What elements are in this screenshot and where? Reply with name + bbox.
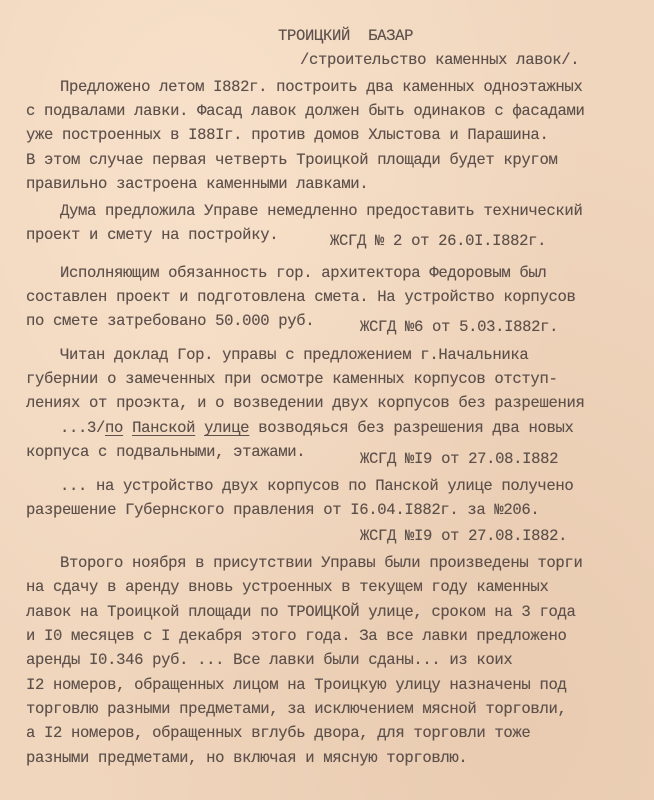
paragraph-7-line-9: разными предметами, но включая и мясную … bbox=[26, 748, 467, 768]
paragraph-1-line-5: правильно застроена каменными лавками. bbox=[26, 174, 368, 194]
paragraph-1-line-3: уже построенных в I88Iг. против домов Хл… bbox=[26, 125, 548, 145]
paragraph-6-line-2: разрешение Губернского правления от I6.0… bbox=[26, 500, 539, 520]
source-reference-4: ЖСГД №I9 от 27.08.I882. bbox=[360, 526, 567, 546]
document-subtitle: /строительство каменных лавок/. bbox=[300, 50, 579, 70]
paragraph-1-line-2: с подвалами лавки. Фасад лавок должен бы… bbox=[26, 101, 584, 121]
source-reference-3: ЖСГД №I9 от 27.08.I882 bbox=[360, 449, 558, 469]
underlined-ulitse: улице bbox=[204, 419, 249, 437]
paragraph-3-line-3: по смете затребовано 50.000 руб. bbox=[26, 311, 314, 331]
paragraph-4-line-1: Читан доклад Гор. управы с предложением … bbox=[60, 345, 528, 365]
document-title: ТРОИЦКИЙ БАЗАР bbox=[278, 26, 413, 46]
quote-rest: возводяься без разрешения два новых bbox=[249, 419, 573, 437]
paragraph-1-line-1: Предложено летом I882г. построить два ка… bbox=[60, 77, 582, 97]
paragraph-2-line-2: проект и смету на постройку. bbox=[26, 225, 278, 245]
paragraph-4-line-3: лениях от проэкта, и о возведении двух к… bbox=[26, 393, 584, 413]
paragraph-2-line-1: Дума предложила Управе немедленно предос… bbox=[60, 201, 582, 221]
paragraph-3-line-2: составлен проект и подготовлена смета. Н… bbox=[26, 287, 575, 307]
paragraph-7-line-4: и I0 месяцев с I декабря этого года. За … bbox=[26, 626, 566, 646]
paragraph-7-line-7: торговлю разными предметами, за исключен… bbox=[26, 699, 566, 719]
paragraph-7-line-5: аренды I0.346 руб. ... Все лавки были сд… bbox=[26, 650, 512, 670]
paragraph-5-line-2: корпуса с подвальными, этажами. bbox=[26, 442, 305, 462]
typewritten-page: ТРОИЦКИЙ БАЗАР /строительство каменных л… bbox=[0, 0, 654, 800]
paragraph-4-line-2: губернии о замеченных при осмотре каменн… bbox=[26, 369, 557, 389]
underlined-po: по bbox=[105, 419, 123, 437]
paragraph-3-line-1: Исполняющим обязанность гор. архитектора… bbox=[60, 263, 546, 283]
source-reference-1: ЖСГД № 2 от 26.0I.I882г. bbox=[330, 231, 546, 251]
paragraph-7-line-3: лавок на Троицкой площади по ТРОИЦКОЙ ул… bbox=[26, 602, 575, 622]
source-reference-2: ЖСГД №6 от 5.03.I882г. bbox=[360, 317, 558, 337]
paragraph-7-line-6: I2 номеров, обращенных лицом на Троицкую… bbox=[26, 675, 566, 695]
paragraph-6-line-1: ... на устройство двух корпусов по Панск… bbox=[60, 476, 573, 496]
underlined-panskoy: Панской bbox=[132, 419, 195, 437]
paragraph-1-line-4: В этом случае первая четверть Троицкой п… bbox=[26, 150, 557, 170]
paragraph-7-line-2: на сдачу в аренду вновь устроенных в тек… bbox=[26, 577, 548, 597]
paragraph-7-line-8: а I2 номеров, обращенных вглубь двора, д… bbox=[26, 723, 530, 743]
quote-prefix: ...3/ bbox=[60, 419, 105, 437]
paragraph-5-line-1: ...3/по Панской улице возводяься без раз… bbox=[60, 418, 573, 438]
paragraph-7-line-1: Второго ноября в присутствии Управы были… bbox=[60, 553, 582, 573]
